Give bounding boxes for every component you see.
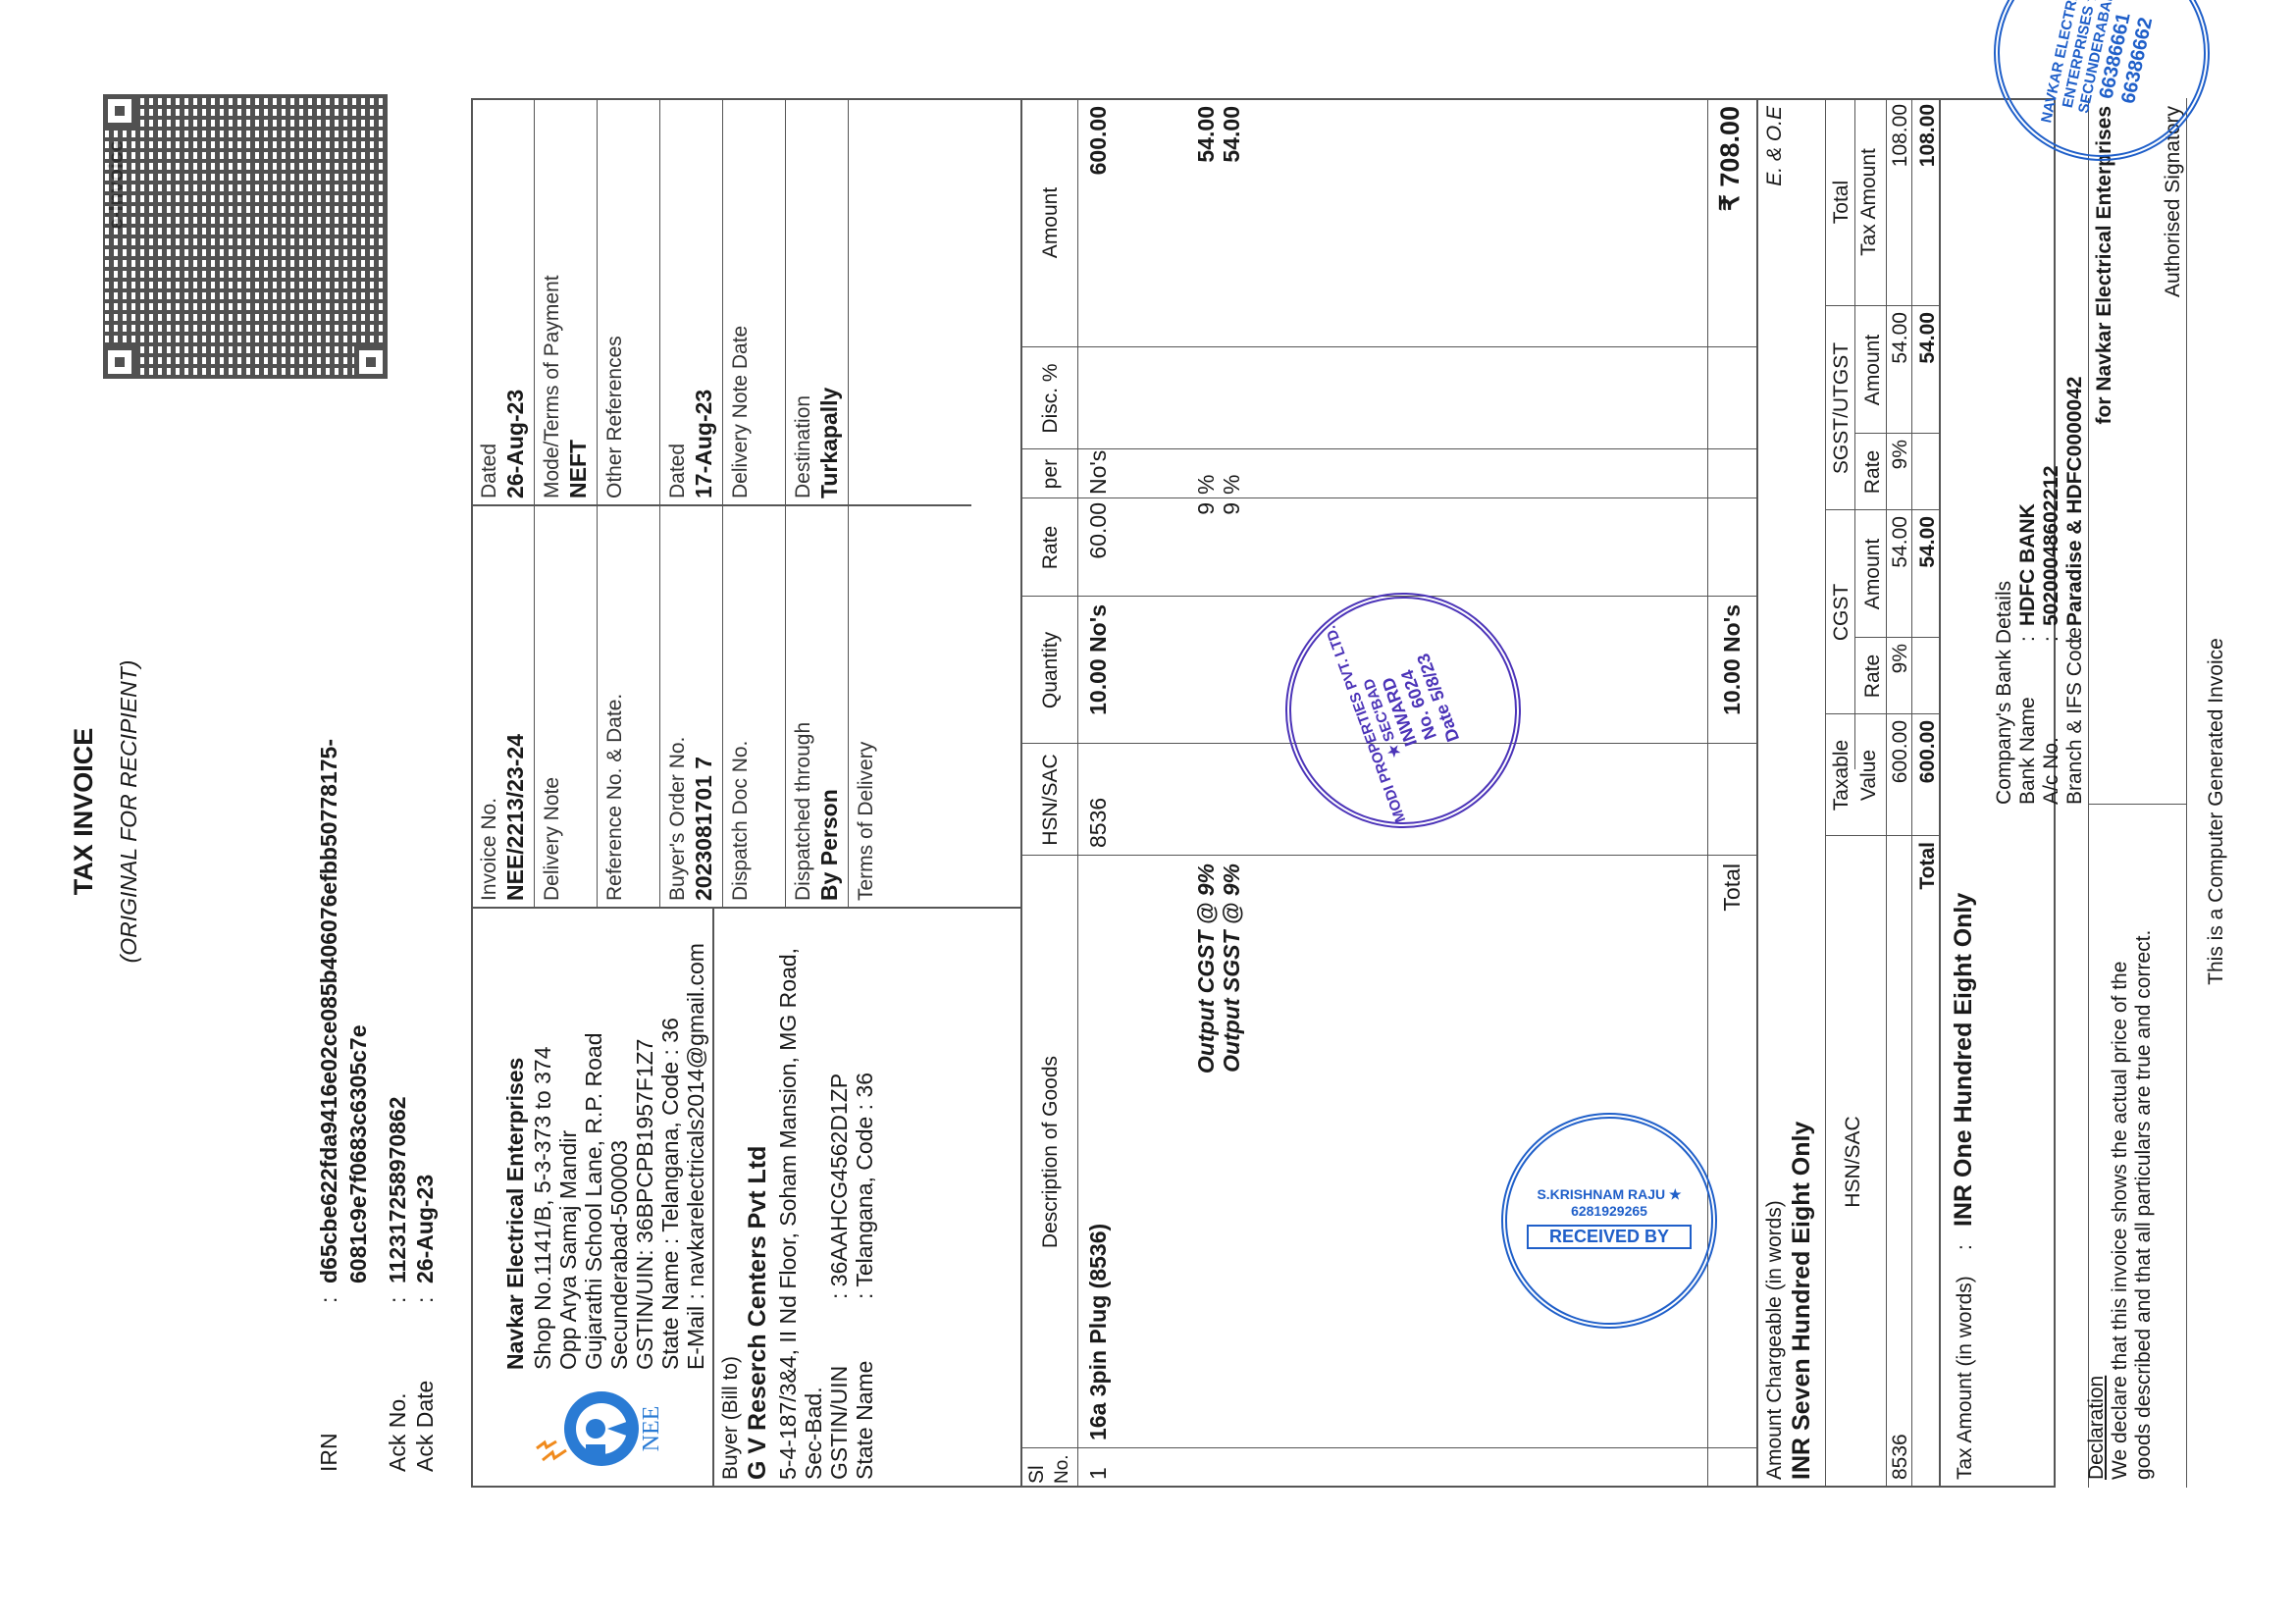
col-header-rate: Rate: [1038, 498, 1063, 597]
col-line: [1020, 346, 1756, 347]
account-label: A/c No.: [2039, 737, 2063, 805]
seller-gstin: GSTIN/UIN: 36BPCPB1957F1Z7: [632, 1039, 658, 1370]
irn-value-line2: 6081c9e7f0683c6305c7e: [345, 1025, 372, 1284]
col-line: [1020, 497, 1756, 498]
ack-date-sep: :: [412, 1297, 439, 1303]
tax-row-cgst-amount: 54.00: [1888, 516, 1912, 638]
branch-label: Branch & IFS Code: [2062, 627, 2087, 805]
delivery-note-label: Delivery Note: [540, 777, 564, 901]
branch-value: Paradise & HDFC0000042: [2062, 377, 2087, 626]
buyer-state-label: State Name: [852, 1361, 878, 1480]
divider: [471, 504, 971, 506]
tax-row-hsn: 8536: [1888, 1434, 1912, 1480]
bank-name-label: Bank Name: [2015, 697, 2040, 805]
divider: [712, 909, 714, 1488]
tax-row-sgst-rate: 9%: [1888, 440, 1912, 510]
seller-name: Navkar Electrical Enterprises: [502, 1058, 529, 1370]
cgst-amount: 54.00: [1193, 106, 1220, 347]
item-rate: 60.00: [1085, 502, 1112, 597]
buyer-section-label: Buyer (Bill to): [718, 1356, 743, 1480]
footer-note: This is a Computer Generated Invoice: [2204, 0, 2228, 1623]
buyers-order-label: Buyer's Order No.: [665, 737, 690, 901]
col-line: [1020, 448, 1756, 449]
received-by-label: RECEIVED BY: [1527, 1225, 1692, 1249]
payment-terms-value: NEFT: [565, 440, 592, 498]
destination-value: Turkapally: [816, 388, 843, 498]
seller-address-2: Opp Arya Samaj Mandir: [555, 1130, 582, 1370]
ack-no-label: Ack No.: [385, 1392, 411, 1472]
tax-row-taxable: 600.00: [1888, 720, 1912, 836]
dispatched-through-label: Dispatched through: [791, 722, 815, 901]
page-title: TAX INVOICE: [69, 0, 99, 1623]
tax-table-header-bottom: [1886, 98, 1887, 1488]
invoice-no-value: NEE/2213/23-24: [502, 734, 529, 901]
tax-header-cgst: CGST: [1829, 510, 1853, 714]
tax-total-taxable: 600.00: [1915, 720, 1940, 836]
account-value: 50200048602212: [2039, 465, 2063, 626]
tax-header-hsn: HSN/SAC: [1841, 836, 1865, 1488]
tax-total-sgst: 54.00: [1915, 312, 1940, 434]
destination-label: Destination: [791, 395, 815, 498]
tax-header-sgst-rate: Rate: [1860, 434, 1885, 510]
company-logo: NEE: [535, 1380, 662, 1478]
col-header-amount: Amount: [1038, 98, 1063, 347]
tax-subheader-line: [1854, 98, 1855, 769]
cgst-rate: 9: [1193, 502, 1220, 597]
received-by-stamp: S.KRISHNAM RAJU ★ 6281929265 RECEIVED BY: [1501, 1113, 1717, 1329]
items-total-top: [1707, 98, 1708, 1488]
irn-sep: :: [316, 1297, 342, 1303]
eoe-label: E. & O.E: [1762, 106, 1787, 347]
cgst-per: %: [1193, 475, 1220, 495]
ack-no-value: 112317258970862: [385, 1096, 411, 1283]
invoice-page: TAX INVOICE (ORIGINAL FOR RECIPIENT) e-I…: [0, 0, 2296, 1623]
bank-sep: :: [2015, 636, 2040, 642]
payment-terms-label: Mode/Terms of Payment: [540, 275, 564, 498]
order-dated-label: Dated: [665, 444, 690, 498]
reference-label: Reference No. & Date.: [602, 694, 627, 901]
qr-finder-icon: [103, 94, 136, 128]
item-per: No's: [1085, 450, 1112, 495]
invoice-dated-value: 26-Aug-23: [502, 390, 529, 498]
qr-code: [103, 94, 388, 379]
declaration-line1: We declare that this invoice shows the a…: [2108, 962, 2132, 1480]
tax-header-total-2: Tax Amount: [1856, 98, 1881, 306]
tax-row-cgst-rate: 9%: [1888, 644, 1912, 714]
item-amount: 600.00: [1085, 106, 1112, 347]
tax-header-cgst-amount: Amount: [1860, 510, 1885, 638]
bank-sep: :: [2062, 636, 2087, 642]
ack-date-label: Ack Date: [412, 1381, 439, 1472]
seller-address-1: Shop No.1141/B, 5-3-373 to 374: [530, 1047, 556, 1370]
svg-text:NEE: NEE: [639, 1406, 662, 1452]
col-header-sl: Sl: [1024, 1465, 1049, 1484]
seller-email: E-Mail : navkarelectricals2014@gmail.com: [683, 943, 709, 1370]
amount-words-value: INR Seven Hundred Eight Only: [1788, 1122, 1816, 1480]
buyer-gstin-value: : 36AAHCG4562D1ZP: [826, 1073, 853, 1299]
plug-logo-icon: NEE: [535, 1380, 662, 1478]
divider: [785, 98, 786, 909]
tax-total-label: Total: [1915, 842, 1940, 1488]
seller-address-4: Secunderabad-500003: [606, 1140, 633, 1370]
bank-name-value: HDFC BANK: [2015, 503, 2040, 626]
item-sl: 1: [1085, 1467, 1112, 1480]
tax-header-taxable-2: Value: [1856, 714, 1881, 836]
divider: [848, 98, 849, 909]
received-by-stamp-text: S.KRISHNAM RAJU ★ 6281929265: [1507, 1186, 1711, 1219]
item-quantity: 10.00 No's: [1085, 604, 1112, 744]
tax-words-sep: :: [1953, 1244, 1977, 1250]
tax-row-sgst-amount: 54.00: [1888, 312, 1912, 434]
ack-no-sep: :: [385, 1297, 411, 1303]
col-header-disc: Disc. %: [1038, 347, 1063, 449]
order-dated-value: 17-Aug-23: [691, 390, 717, 498]
invoice-dated-label: Dated: [477, 444, 501, 498]
amount-words-label: Amount Chargeable (in words): [1762, 1200, 1787, 1480]
bank-title: Company's Bank Details: [1992, 581, 2016, 805]
tax-words-value: INR One Hundred Eight Only: [1950, 893, 1978, 1227]
col-line: [1020, 1447, 1756, 1448]
divider: [534, 98, 535, 909]
irn-value-line1: d65cbe622fda9416e02ce085b406076efbb50778…: [316, 739, 342, 1283]
items-table-top: [1020, 98, 1022, 1488]
tax-header-total-1: Total: [1829, 98, 1853, 306]
item-hsn: 8536: [1085, 798, 1112, 848]
items-total-amount: ₹ 708.00: [1715, 106, 1746, 347]
dispatched-through-value: By Person: [816, 789, 843, 901]
cgst-description: Output CGST @ 9%: [1193, 864, 1220, 1448]
divider: [659, 98, 660, 909]
sgst-per: %: [1219, 475, 1245, 495]
divider: [2186, 98, 2187, 1488]
qr-finder-icon: [354, 345, 388, 379]
invoice-no-label: Invoice No.: [477, 798, 501, 901]
divider: [597, 98, 598, 909]
col-header-hsn: HSN/SAC: [1038, 744, 1063, 856]
buyers-order-value: 2023081701 7: [691, 757, 717, 901]
items-header-bottom: [1077, 98, 1078, 1488]
sgst-rate: 9: [1219, 502, 1245, 597]
buyer-address-2: Sec-Bad.: [801, 1387, 827, 1480]
seller-address-3: Gujarathi School Lane, R.P. Road: [581, 1032, 607, 1370]
delivery-note-date-label: Delivery Note Date: [728, 326, 753, 498]
col-header-description: Description of Goods: [1038, 856, 1063, 1448]
bank-sep: :: [2039, 636, 2063, 642]
tax-header-taxable-1: Taxable: [1829, 714, 1853, 836]
irn-label: IRN: [316, 1433, 342, 1472]
col-header-quantity: Quantity: [1038, 597, 1063, 744]
items-total-bottom: [1756, 98, 1758, 1488]
tax-words-label: Tax Amount (in words): [1953, 1276, 1977, 1480]
dispatch-doc-label: Dispatch Doc No.: [728, 741, 753, 901]
tax-table-top: [1825, 98, 1826, 1488]
ack-date-value: 26-Aug-23: [412, 1175, 439, 1283]
tax-header-sgst: SGST/UTGST: [1829, 306, 1853, 510]
signatory-for: for Navkar Electrical Enterprises: [2092, 106, 2116, 805]
col-line: [1020, 855, 1756, 856]
qr-finder-icon: [103, 345, 136, 379]
items-total-label: Total: [1719, 864, 1746, 1448]
tax-row-total: 108.00: [1888, 104, 1912, 306]
tax-header-sgst-amount: Amount: [1860, 306, 1885, 434]
items-total-quantity: 10.00 No's: [1719, 604, 1746, 744]
tax-header-cgst-rate: Rate: [1860, 638, 1885, 714]
tax-total-amount: 108.00: [1915, 104, 1940, 306]
divider: [722, 98, 723, 909]
seller-state: State Name : Telangana, Code : 36: [657, 1018, 684, 1370]
terms-of-delivery-label: Terms of Delivery: [854, 742, 878, 901]
buyer-state-value: : Telangana, Code : 36: [852, 1073, 878, 1299]
buyer-name: G V Reserch Centers Pvt Ltd: [744, 1146, 772, 1480]
col-header-per: per: [1038, 449, 1063, 498]
declaration-line2: goods described and that all particulars…: [2131, 930, 2156, 1480]
tax-total-cgst: 54.00: [1915, 516, 1940, 638]
buyer-gstin-label: GSTIN/UIN: [826, 1366, 853, 1480]
item-description: 16a 3pin Plug (8536): [1085, 1224, 1112, 1440]
other-references-label: Other References: [602, 336, 627, 498]
declaration-title: Declaration: [2084, 1376, 2109, 1480]
sgst-description: Output SGST @ 9%: [1219, 864, 1245, 1448]
signatory-label: Authorised Signatory: [2161, 106, 2185, 805]
sgst-amount: 54.00: [1219, 106, 1245, 347]
divider: [2088, 98, 2089, 1488]
col-header-sl-no: No.: [1052, 1454, 1073, 1484]
divider: [471, 907, 1020, 909]
buyer-address-1: 5-4-187/3&4, II Nd Floor, Soham Mansion,…: [775, 948, 802, 1480]
